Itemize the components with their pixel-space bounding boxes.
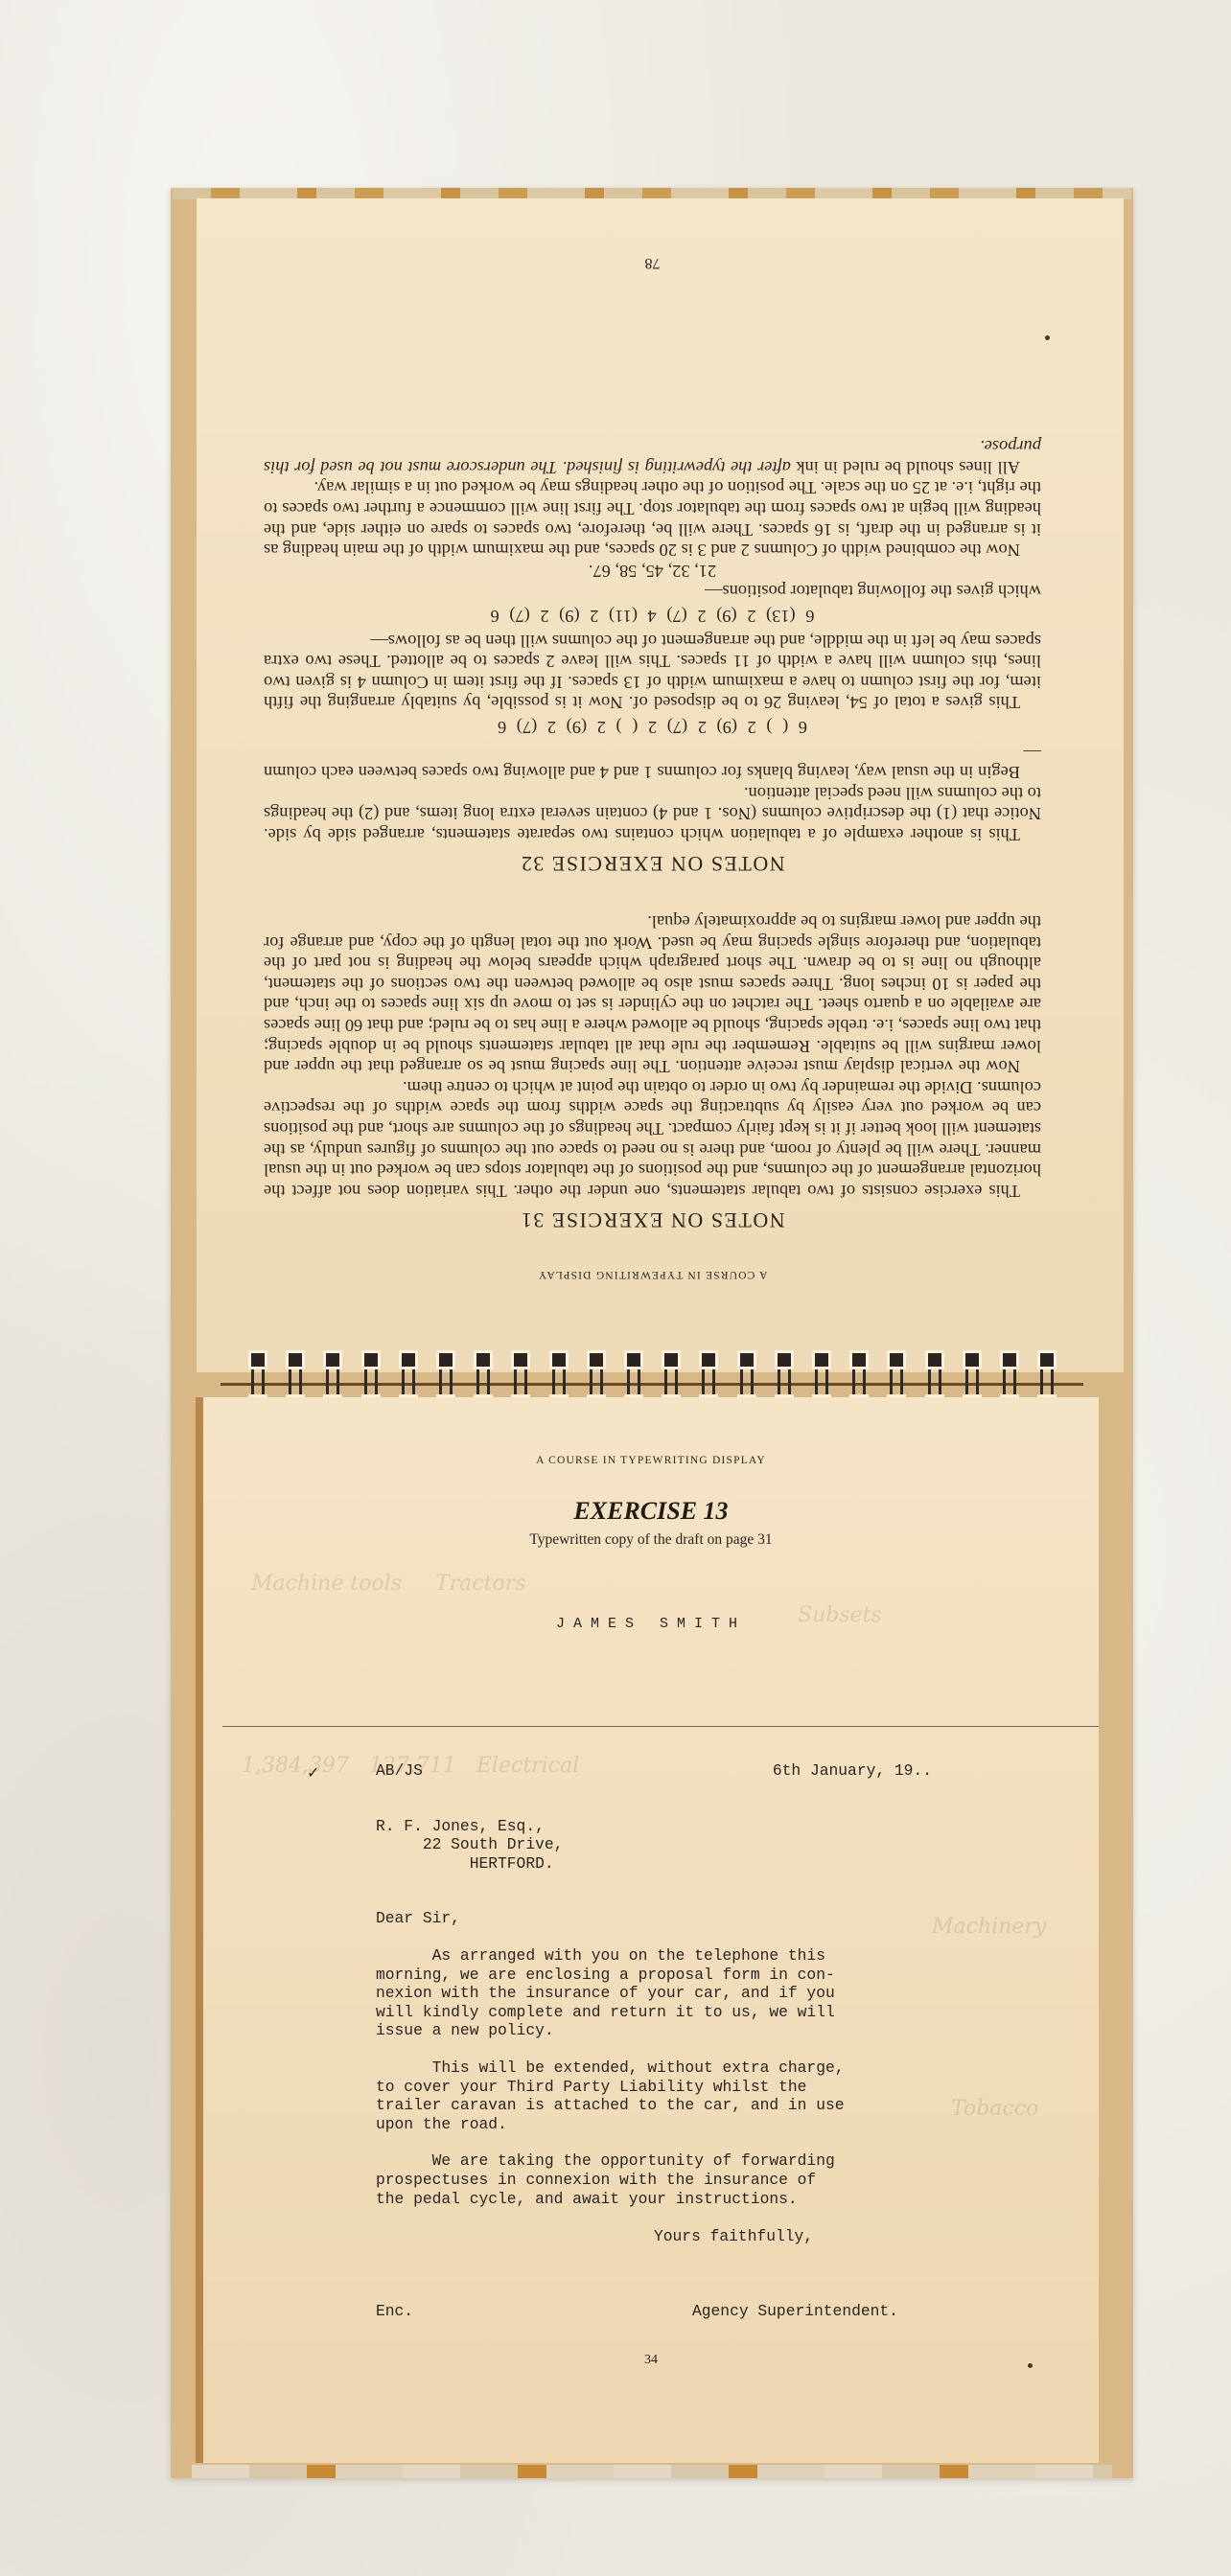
letterhead-rule	[222, 1726, 1099, 1727]
page-number-top: 78	[264, 252, 1041, 273]
letterhead-name: JAMES SMITH	[203, 1616, 1099, 1632]
punch-hole	[439, 1353, 453, 1367]
punch-hole	[402, 1353, 415, 1367]
punch-hole	[552, 1353, 566, 1367]
check-mark-icon: ✓	[307, 1763, 319, 1782]
tab-intro: which gives the following tabulator posi…	[264, 581, 1041, 602]
punch-hole	[289, 1353, 302, 1367]
letter-date: 6th January, 19..	[773, 1761, 932, 1781]
notes-32-total: This gives a total of 54, leaving 26 to …	[264, 630, 1041, 712]
salutation: Dear Sir,	[376, 1909, 970, 1928]
page-gutter	[221, 1383, 1083, 1386]
reference-row: ✓ AB/JS 6th January, 19..	[376, 1761, 932, 1781]
punch-hole	[364, 1353, 378, 1367]
notes-32-begin: Begin in the usual way, leaving blanks f…	[264, 741, 1041, 782]
punch-hole	[1040, 1353, 1054, 1367]
punch-hole	[852, 1353, 866, 1367]
address-line: R. F. Jones, Esq.,	[376, 1817, 970, 1836]
punch-hole	[1003, 1353, 1016, 1367]
signature-row: Enc. Agency Superintendent.	[376, 2302, 970, 2321]
notes-text: A COURSE IN TYPEWRITING DISPLAY NOTES ON…	[264, 252, 1041, 1284]
reference: AB/JS	[376, 1761, 423, 1781]
punch-hole	[702, 1353, 715, 1367]
inside-address: R. F. Jones, Esq., 22 South Drive, HERTF…	[376, 1817, 970, 1874]
punch-hole	[815, 1353, 828, 1367]
complimentary-close: Yours faithfully,	[376, 2227, 970, 2246]
bottom-page: Machine tools Tractors Subsets 1,384,397…	[203, 1397, 1099, 2463]
address-line: 22 South Drive,	[376, 1835, 970, 1854]
rule-note-plain: All lines should be ruled in ink	[791, 458, 1020, 477]
letter-paragraph-2: This will be extended, without extra cha…	[376, 2058, 970, 2133]
enclosure-note: Enc.	[376, 2302, 692, 2321]
notes-32-heading-note: Now the combined width of Columns 2 and …	[264, 477, 1041, 560]
top-page-upside-down: A COURSE IN TYPEWRITING DISPLAY NOTES ON…	[197, 198, 1124, 1372]
notes-heading-31: NOTES ON EXERCISE 31	[264, 1210, 1041, 1231]
column-formula-2: 6 (13) 2 (9) 2 (7) 4 (11) 2 (9) 2 (7) 6	[264, 605, 1041, 626]
punch-hole	[326, 1353, 339, 1367]
letter-paragraph-1: As arranged with you on the telephone th…	[376, 1946, 970, 2040]
notes-31-paragraph-1: This exercise consists of two tabular st…	[264, 1076, 1041, 1201]
punch-hole	[476, 1353, 490, 1367]
rotated-page-content: A COURSE IN TYPEWRITING DISPLAY NOTES ON…	[197, 198, 1124, 1372]
running-head: A COURSE IN TYPEWRITING DISPLAY	[203, 1455, 1099, 1466]
exercise-subtitle: Typewritten copy of the draft on page 31	[203, 1531, 1099, 1549]
address-line: HERTFORD.	[376, 1854, 970, 1874]
punch-hole	[740, 1353, 754, 1367]
letter-paragraph-3: We are taking the opportunity of forward…	[376, 2151, 970, 2208]
typed-letter: ✓ AB/JS 6th January, 19.. R. F. Jones, E…	[376, 1761, 970, 2320]
punch-hole	[627, 1353, 640, 1367]
book-bottom-edge	[192, 2465, 1112, 2478]
tab-positions: 21, 32, 45, 58, 67.	[264, 560, 1041, 581]
exercise-title: EXERCISE 13	[203, 1497, 1099, 1526]
show-through-handwriting: Machine tools Tractors	[251, 1572, 526, 1596]
punch-hole	[778, 1353, 791, 1367]
signature-title: Agency Superintendent.	[692, 2302, 898, 2321]
punch-hole	[890, 1353, 903, 1367]
notes-32-intro: This is another example of a tabulation …	[264, 782, 1041, 844]
punch-hole	[965, 1353, 979, 1367]
notes-heading-32: NOTES ON EXERCISE 32	[264, 854, 1041, 875]
notes-32-rule-note: All lines should be ruled in ink after t…	[264, 436, 1041, 477]
punch-hole	[590, 1353, 603, 1367]
punch-hole	[928, 1353, 941, 1367]
punch-hole	[664, 1353, 678, 1367]
column-formula-1: 6 ( ) 2 (9) 2 (7) 2 ( ) 2 (9) 2 (7) 6	[264, 716, 1041, 737]
punch-hole	[514, 1353, 527, 1367]
page-number-bottom: 34	[203, 2353, 1099, 2368]
running-head: A COURSE IN TYPEWRITING DISPLAY	[264, 1263, 1041, 1284]
punch-hole	[251, 1353, 265, 1367]
notes-31-paragraph-2: Now the vertical display must receive at…	[264, 911, 1041, 1077]
